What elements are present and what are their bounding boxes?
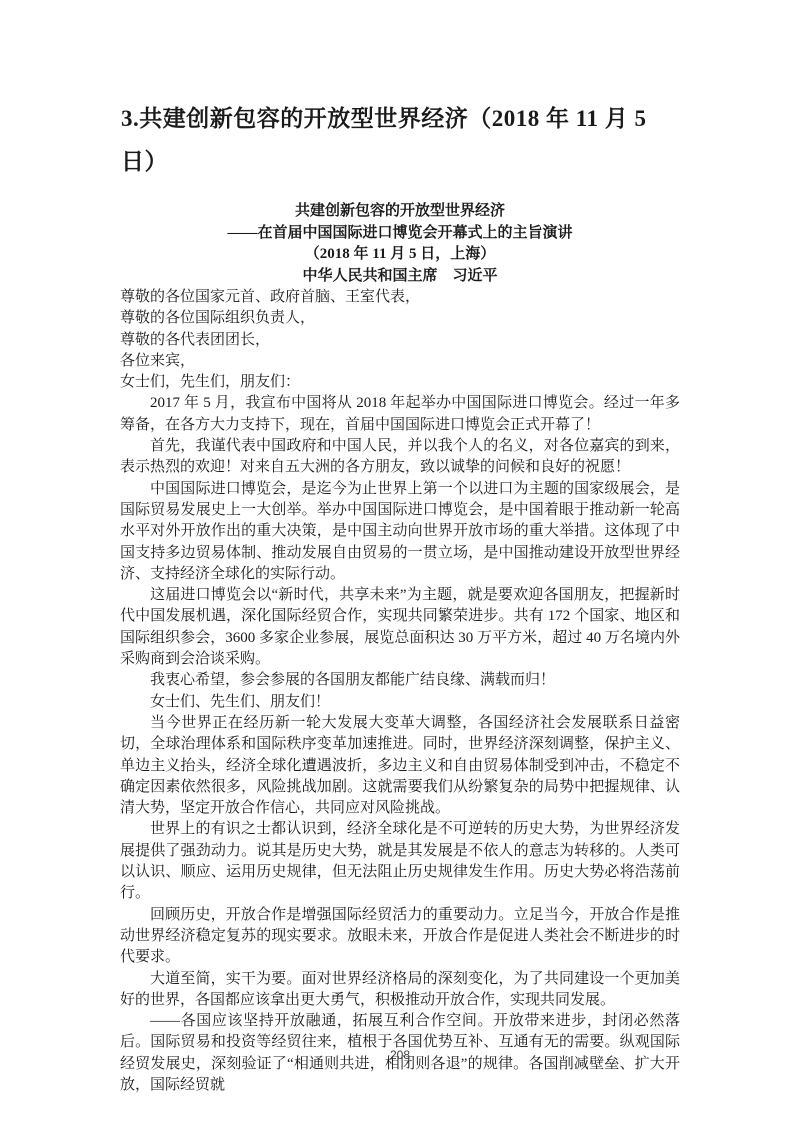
body-paragraph: 我衷心希望，参会参展的各国朋友都能广结良缘、满载而归！ [120, 670, 680, 691]
salutation-line: 女士们，先生们，朋友们： [120, 372, 680, 393]
page-number: 208 [0, 1048, 800, 1062]
body-paragraph: 2017 年 5 月，我宣布中国将从 2018 年起举办中国国际进口博览会。经过… [120, 393, 680, 436]
speech-heading-line: 共建创新包容的开放型世界经济 [120, 201, 680, 223]
body-paragraph: 回顾历史，开放合作是增强国际经贸活力的重要动力。立足当今，开放合作是推动世界经济… [120, 905, 680, 969]
salutation-line: 尊敬的各位国家元首、政府首脑、王室代表， [120, 287, 680, 308]
body-paragraph: 女士们、先生们、朋友们！ [120, 692, 680, 713]
paragraphs: 2017 年 5 月，我宣布中国将从 2018 年起举办中国国际进口博览会。经过… [120, 393, 680, 1096]
body-paragraph: 中国国际进口博览会，是迄今为止世界上第一个以进口为主题的国家级展会，是国际贸易发… [120, 479, 680, 585]
speech-headings: 共建创新包容的开放型世界经济——在首届中国国际进口博览会开幕式上的主旨演讲（20… [120, 201, 680, 287]
body-paragraph: 这届进口博览会以“新时代，共享未来”为主题，就是要欢迎各国朋友，把握新时代中国发… [120, 585, 680, 670]
speech-body: 尊敬的各位国家元首、政府首脑、王室代表，尊敬的各位国际组织负责人，尊敬的各代表团… [120, 287, 680, 1096]
speech-heading-line: （2018 年 11 月 5 日，上海） [120, 244, 680, 266]
chapter-title: 3.共建创新包容的开放型世界经济（2018 年 11 月 5 日） [121, 97, 683, 183]
salutation-line: 尊敬的各代表团团长， [120, 330, 680, 351]
body-paragraph: 大道至简，实干为要。面对世界经济格局的深刻变化，为了共同建设一个更加美好的世界，… [120, 969, 680, 1012]
salutation-line: 尊敬的各位国际组织负责人， [120, 308, 680, 329]
salutation-line: 各位来宾， [120, 351, 680, 372]
body-paragraph: 首先，我谨代表中国政府和中国人民，并以我个人的名义，对各位嘉宾的到来，表示热烈的… [120, 436, 680, 479]
body-paragraph: 当今世界正在经历新一轮大发展大变革大调整，各国经济社会发展联系日益密切，全球治理… [120, 713, 680, 819]
salutations: 尊敬的各位国家元首、政府首脑、王室代表，尊敬的各位国际组织负责人，尊敬的各代表团… [120, 287, 680, 393]
speech-heading-line: 中华人民共和国主席 习近平 [120, 266, 680, 288]
body-paragraph: 世界上的有识之士都认识到，经济全球化是不可逆转的历史大势，为世界经济发展提供了强… [120, 819, 680, 904]
speech-heading-line: ——在首届中国国际进口博览会开幕式上的主旨演讲 [120, 223, 680, 245]
document-page: 3.共建创新包容的开放型世界经济（2018 年 11 月 5 日） 共建创新包容… [0, 0, 800, 1133]
